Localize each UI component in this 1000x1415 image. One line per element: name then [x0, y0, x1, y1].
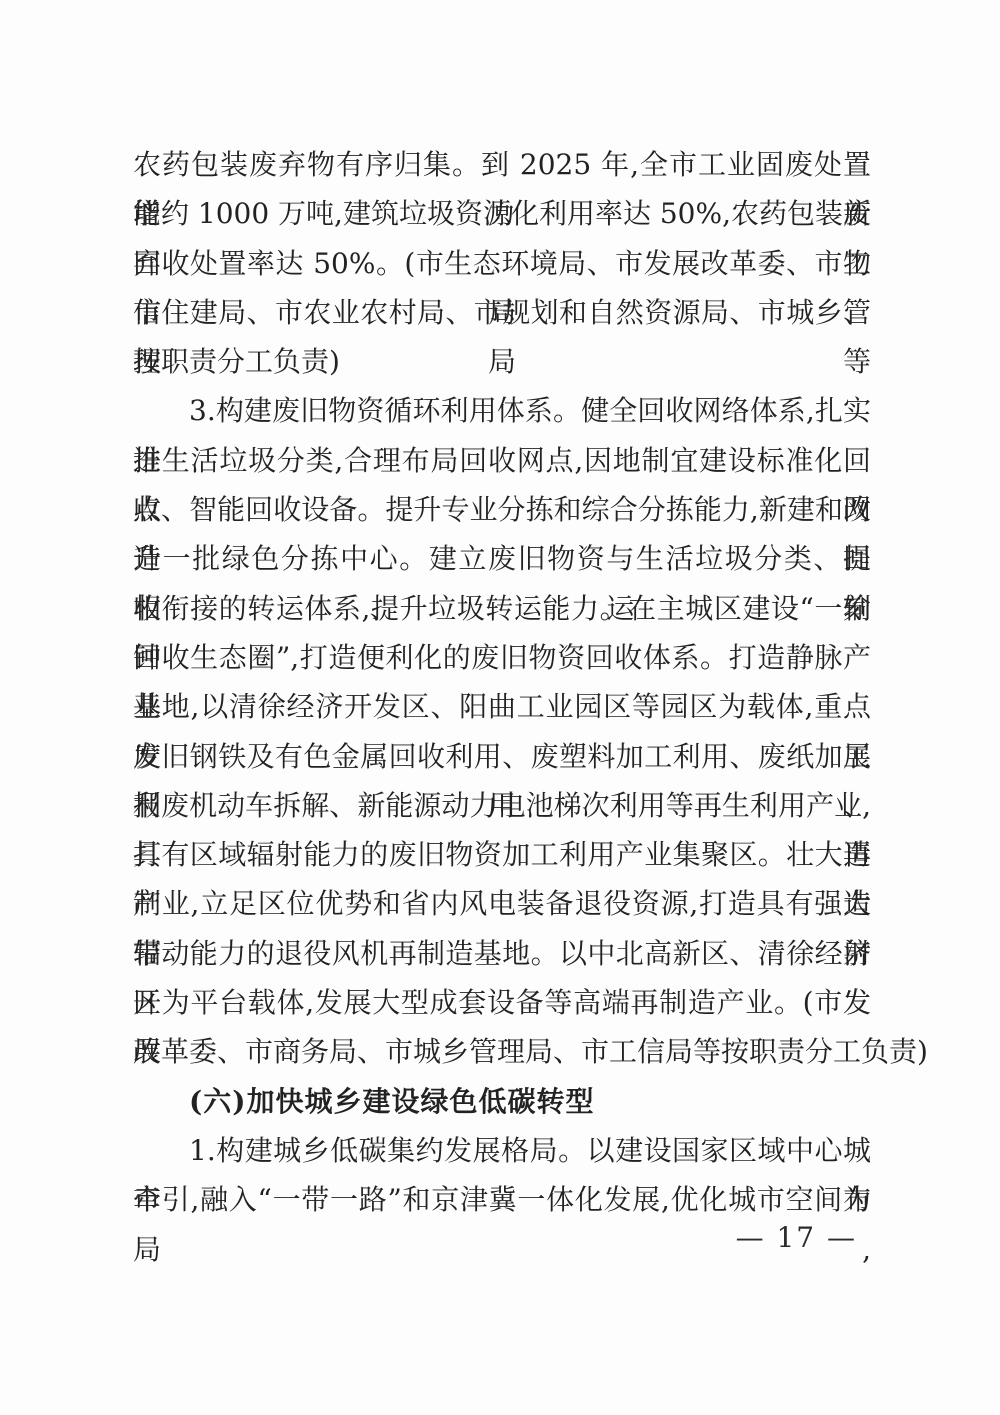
text-line: 具有区域辐射能力的废旧物资加工利用产业集聚区。壮大再制造 — [133, 830, 871, 879]
text-line: 3.构建废旧物资循环利用体系。健全回收网络体系,扎实推 — [133, 386, 871, 435]
text-line: 带动能力的退役风机再制造基地。以中北高新区、清徐经济开发 — [133, 929, 871, 978]
document-page: 农药包装废弃物有序归集。到 2025 年,全市工业固废处置能力新 增约 1000… — [0, 0, 1000, 1415]
text-line: 产业,立足区位优势和省内风电装备退役资源,打造具有强大辐射 — [133, 879, 871, 928]
text-line: 农药包装废弃物有序归集。到 2025 年,全市工业固废处置能力新 — [133, 140, 871, 189]
section-heading: (六)加快城乡建设绿色低碳转型 — [133, 1077, 871, 1126]
text-line: 回收生态圈”,打造便利化的废旧物资回收体系。打造静脉产业 — [133, 633, 871, 682]
text-line: 点、智能回收设备。提升专业分拣和综合分拣能力,新建和改造提 — [133, 485, 871, 534]
text-line: 相衔接的转运体系,提升垃圾转运能力。在主城区建设“一刻钟 — [133, 584, 871, 633]
text-line: 区为平台载体,发展大型成套设备等高端再制造产业。(市发展 — [133, 978, 871, 1027]
text-content: 农药包装废弃物有序归集。到 2025 年,全市工业固废处置能力新 增约 1000… — [133, 140, 871, 1225]
text-line: 报废机动车拆解、新能源动力电池梯次利用等再生利用产业,打造 — [133, 781, 871, 830]
text-line: 基地,以清徐经济开发区、阳曲工业园区等园区为载体,重点发展 — [133, 682, 871, 731]
text-line: 1.构建城乡低碳集约发展格局。以建设国家区域中心城市为 — [133, 1126, 871, 1175]
text-line: 改革委、市商务局、市城乡管理局、市工信局等按职责分工负责) — [133, 1027, 871, 1076]
text-line: 回收处置率达 50%。(市生态环境局、市发展改革委、市工信局、 — [133, 239, 871, 288]
text-line: 进生活垃圾分类,合理布局回收网点,因地制宜建设标准化回收网 — [133, 436, 871, 485]
text-line: 市住建局、市农业农村局、市规划和自然资源局、市城乡管理局等 — [133, 288, 871, 337]
text-line: 升一批绿色分拣中心。建立废旧物资与生活垃圾分类、回收、运输 — [133, 534, 871, 583]
text-line: 增约 1000 万吨,建筑垃圾资源化利用率达 50%,农药包装废弃物 — [133, 189, 871, 238]
page-number: — 17 — — [736, 1218, 857, 1258]
text-line: 废旧钢铁及有色金属回收利用、废塑料加工利用、废纸加工利用、 — [133, 732, 871, 781]
